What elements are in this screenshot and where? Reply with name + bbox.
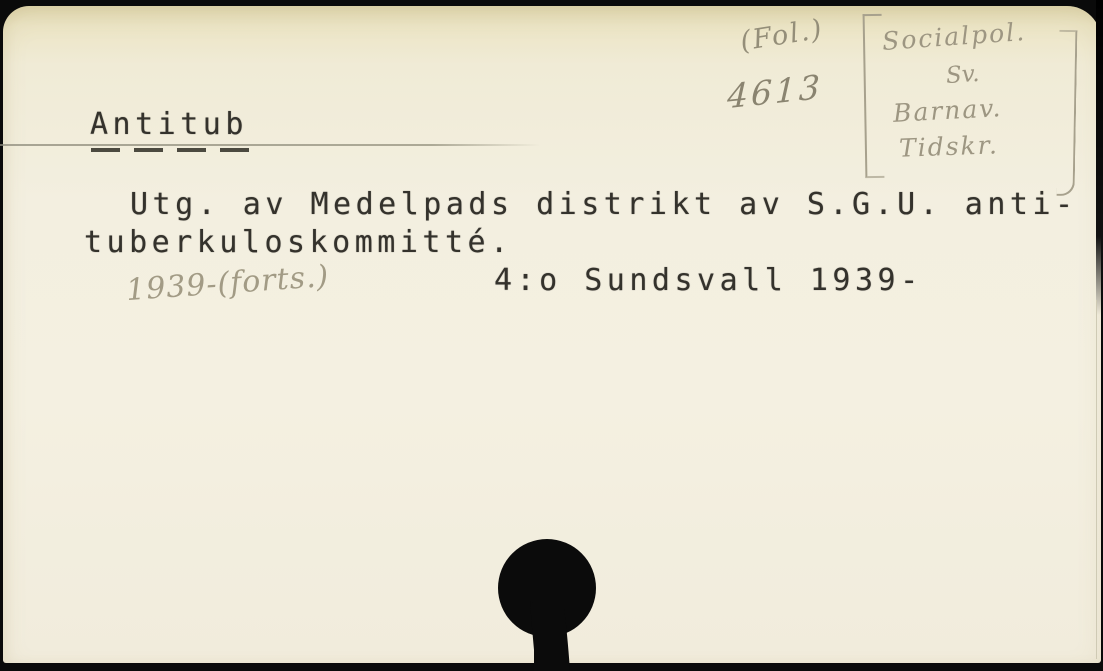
punch-hole-icon (0, 0, 1103, 671)
scanned-catalog-card-page: { "card": { "heading": "Antitub", "body"… (0, 0, 1103, 671)
